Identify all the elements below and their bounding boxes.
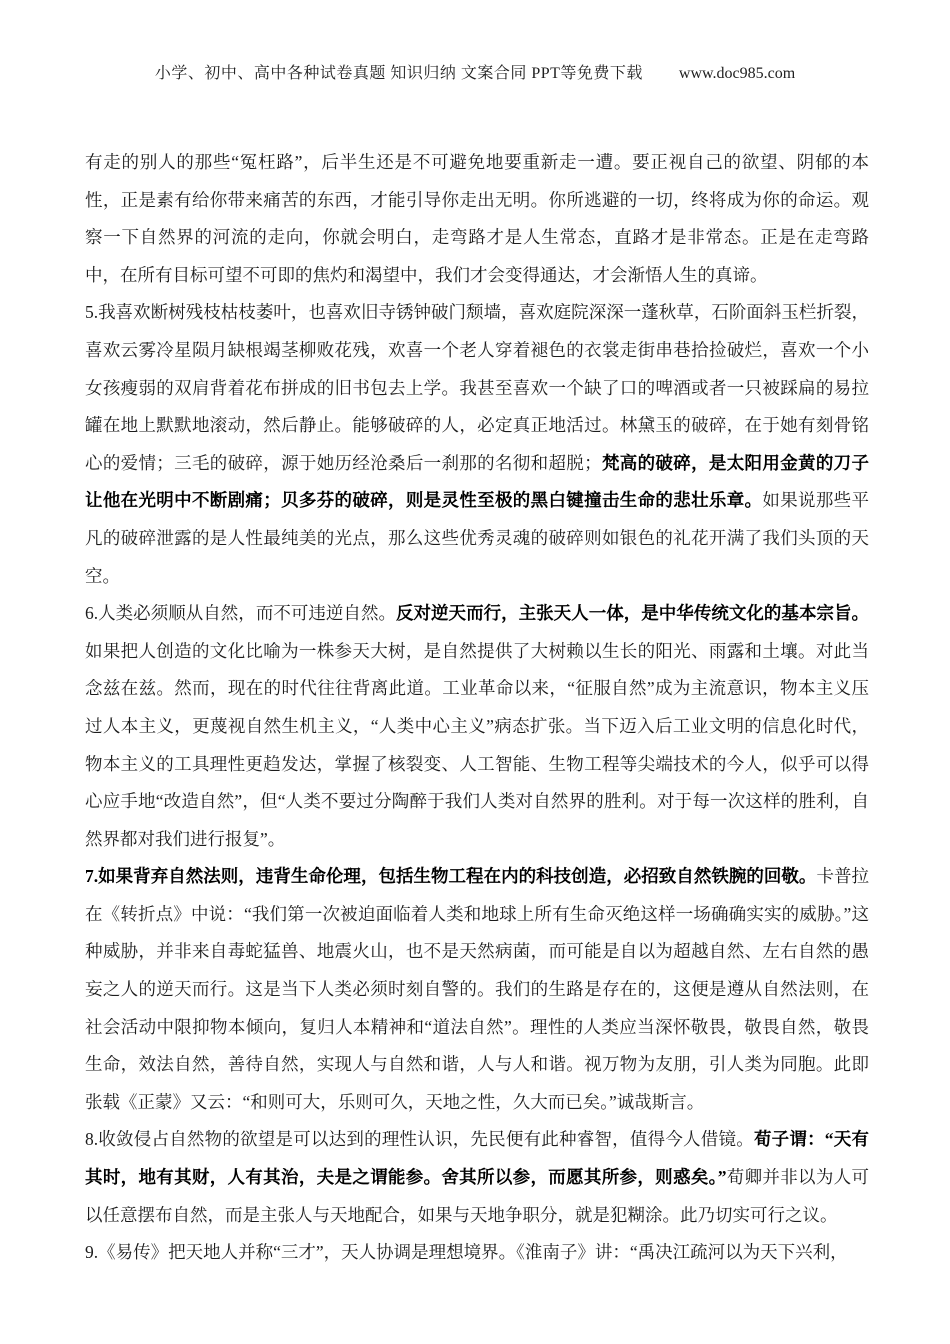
document-body: 有走的别人的那些“冤枉路”，后半生还是不可避免地要重新走一遭。要正视自己的欲望、… bbox=[85, 144, 869, 1272]
header-promo-text: 小学、初中、高中各种试卷真题 知识归纳 文案合同 PPT等免费下载 bbox=[155, 65, 643, 82]
bold-text-run: 反对逆天而行，主张天人一体，是中华传统文化的基本宗旨。 bbox=[396, 603, 869, 623]
bold-text-run: 7.如果背弃自然法则，违背生命伦理，包括生物工程在内的科技创造，必招致自然铁腕的… bbox=[85, 866, 816, 886]
text-run: 8.收敛侵占自然物的欲望是可以达到的理性认识，先民便有此种睿智，值得今人借镜。 bbox=[85, 1129, 754, 1149]
paragraph-1: 5.我喜欢断树残枝枯枝萎叶，也喜欢旧寺锈钟破门颓墙，喜欢庭院深深一蓬秋草，石阶面… bbox=[85, 294, 869, 595]
header-site-url: www.doc985.com bbox=[679, 65, 795, 82]
text-run: 有走的别人的那些“冤枉路”，后半生还是不可避免地要重新走一遭。要正视自己的欲望、… bbox=[85, 152, 869, 285]
text-run: 6.人类必须顺从自然，而不可违逆自然。 bbox=[85, 603, 396, 623]
page-header: 小学、初中、高中各种试卷真题 知识归纳 文案合同 PPT等免费下载www.doc… bbox=[0, 0, 950, 84]
paragraph-2: 6.人类必须顺从自然，而不可违逆自然。反对逆天而行，主张天人一体，是中华传统文化… bbox=[85, 595, 869, 858]
paragraph-3: 7.如果背弃自然法则，违背生命伦理，包括生物工程在内的科技创造，必招致自然铁腕的… bbox=[85, 858, 869, 1121]
paragraph-4: 8.收敛侵占自然物的欲望是可以达到的理性认识，先民便有此种睿智，值得今人借镜。荀… bbox=[85, 1121, 869, 1234]
text-run: 卡普拉在《转折点》中说：“我们第一次被迫面临着人类和地球上所有生命灭绝这样一场确… bbox=[85, 866, 869, 1112]
text-run: 如果把人创造的文化比喻为一株参天大树，是自然提供了大树赖以生长的阳光、雨露和土壤… bbox=[85, 641, 869, 849]
paragraph-5: 9.《易传》把天地人并称“三才”，天人协调是理想境界。《淮南子》讲：“禹决江疏河… bbox=[85, 1234, 869, 1272]
text-run: 9.《易传》把天地人并称“三才”，天人协调是理想境界。《淮南子》讲：“禹决江疏河… bbox=[85, 1242, 848, 1262]
paragraph-0: 有走的别人的那些“冤枉路”，后半生还是不可避免地要重新走一遭。要正视自己的欲望、… bbox=[85, 144, 869, 294]
text-run: 5.我喜欢断树残枝枯枝萎叶，也喜欢旧寺锈钟破门颓墙，喜欢庭院深深一蓬秋草，石阶面… bbox=[85, 302, 869, 472]
